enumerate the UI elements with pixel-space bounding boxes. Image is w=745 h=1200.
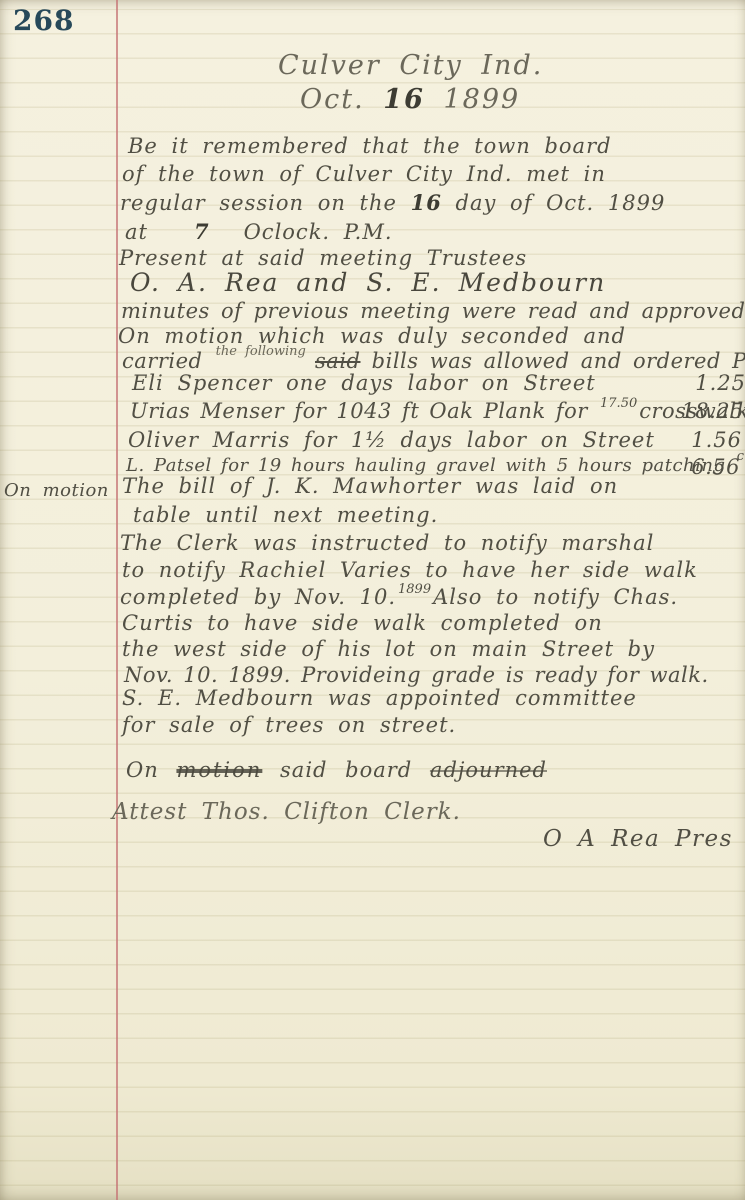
bill-amount: 1.56 [691, 428, 742, 452]
signature-clerk: Attest Thos. Clifton Clerk. [112, 799, 461, 825]
body-line: carried the following said bills was all… [122, 349, 745, 373]
body-line: Curtis to have side walk completed on [122, 611, 603, 635]
body-line: regular session on the 16 day of Oct. 18… [120, 190, 665, 215]
body-line: The bill of J. K. Mawhorter was laid on [122, 474, 618, 498]
body-line: S. E. Medbourn was appointed committee [122, 686, 637, 710]
session-day: 16 [411, 190, 442, 215]
body-line: minutes of previous meeting were read an… [121, 299, 745, 323]
body-line: Present at said meeting Trustees [119, 246, 527, 270]
bill-row: L. Patsel for 19 hours hauling gravel wi… [126, 455, 740, 476]
bill-row: Urias Menser for 1043 ft Oak Plank for 1… [130, 399, 744, 423]
bill-amount: 6.56 [691, 455, 740, 479]
body-line: to notify Rachiel Varies to have her sid… [122, 558, 698, 582]
body-line: Nov. 10. 1899. Provideing grade is ready… [124, 663, 709, 687]
bill-description: Oliver Marris for 1½ days labor on Stree… [128, 428, 655, 452]
bill-row: Eli Spencer one days labor on Street 1.2… [132, 371, 745, 395]
body-line-text: said board [280, 758, 412, 782]
heading-date-month: Oct. [300, 84, 365, 115]
bill-description: Eli Spencer one days labor on Street [132, 371, 596, 395]
body-line: the west side of his lot on main Street … [122, 637, 655, 661]
signature-president: O A Rea Pres [543, 826, 733, 852]
body-line-text: at [125, 220, 148, 244]
heading-place: Culver City Ind. [278, 50, 543, 81]
bill-row: Oliver Marris for 1½ days labor on Stree… [128, 428, 742, 452]
body-line-text: On [126, 758, 159, 782]
scribbled-word: motion [176, 758, 262, 782]
bill-amount: 18.25 [681, 399, 744, 423]
heading-date-year: 1899 [443, 84, 520, 115]
page-number: 268 [13, 4, 74, 37]
body-line: of the town of Culver City Ind. met in [122, 162, 606, 186]
year-superscript: 1899 [398, 582, 431, 597]
heading-date: Oct. 16 1899 [300, 84, 520, 115]
bill-description: Urias Menser for 1043 ft Oak Plank for [130, 399, 588, 423]
margin-rule-line [116, 0, 118, 1200]
body-line: Be it remembered that the town board [128, 134, 612, 158]
body-line-text: bills was allowed and ordered Paid. [372, 349, 745, 373]
heading-date-day: 16 [383, 84, 425, 115]
adjourn-line: On motion said board adjourned [126, 758, 547, 782]
body-line: completed by Nov. 10.1899Also to notify … [120, 585, 678, 609]
body-line-text: Oclock. P.M. [244, 220, 393, 244]
body-line: at7Oclock. P.M. [125, 219, 393, 244]
bill-description: L. Patsel for 19 hours hauling gravel wi… [126, 455, 726, 476]
body-line-text: regular session on the [120, 191, 397, 215]
scribbled-word: adjourned [430, 758, 547, 782]
body-line: table until next meeting. [133, 503, 438, 527]
bill-amount: 1.25 [695, 371, 745, 395]
body-line-text: completed by Nov. 10. [120, 585, 396, 609]
body-line-text: carried [122, 349, 202, 373]
meeting-time: 7 [194, 219, 210, 244]
body-line: for sale of trees on street. [122, 713, 456, 737]
bill-superscript: 17.50 [600, 396, 637, 411]
body-line: On motion which was duly seconded and [118, 324, 626, 348]
ledger-page: 268 Culver City Ind. Oct. 16 1899 Be it … [0, 0, 745, 1200]
struck-word: said [315, 349, 360, 373]
trustee-names: O. A. Rea and S. E. Medbourn [130, 268, 606, 297]
body-line: The Clerk was instructed to notify marsh… [120, 531, 654, 555]
margin-note: On motion [4, 480, 109, 501]
inserted-correction: the following [216, 344, 306, 359]
body-line-text: Also to notify Chas. [433, 585, 678, 609]
body-line-text: day of Oct. 1899 [456, 191, 666, 215]
